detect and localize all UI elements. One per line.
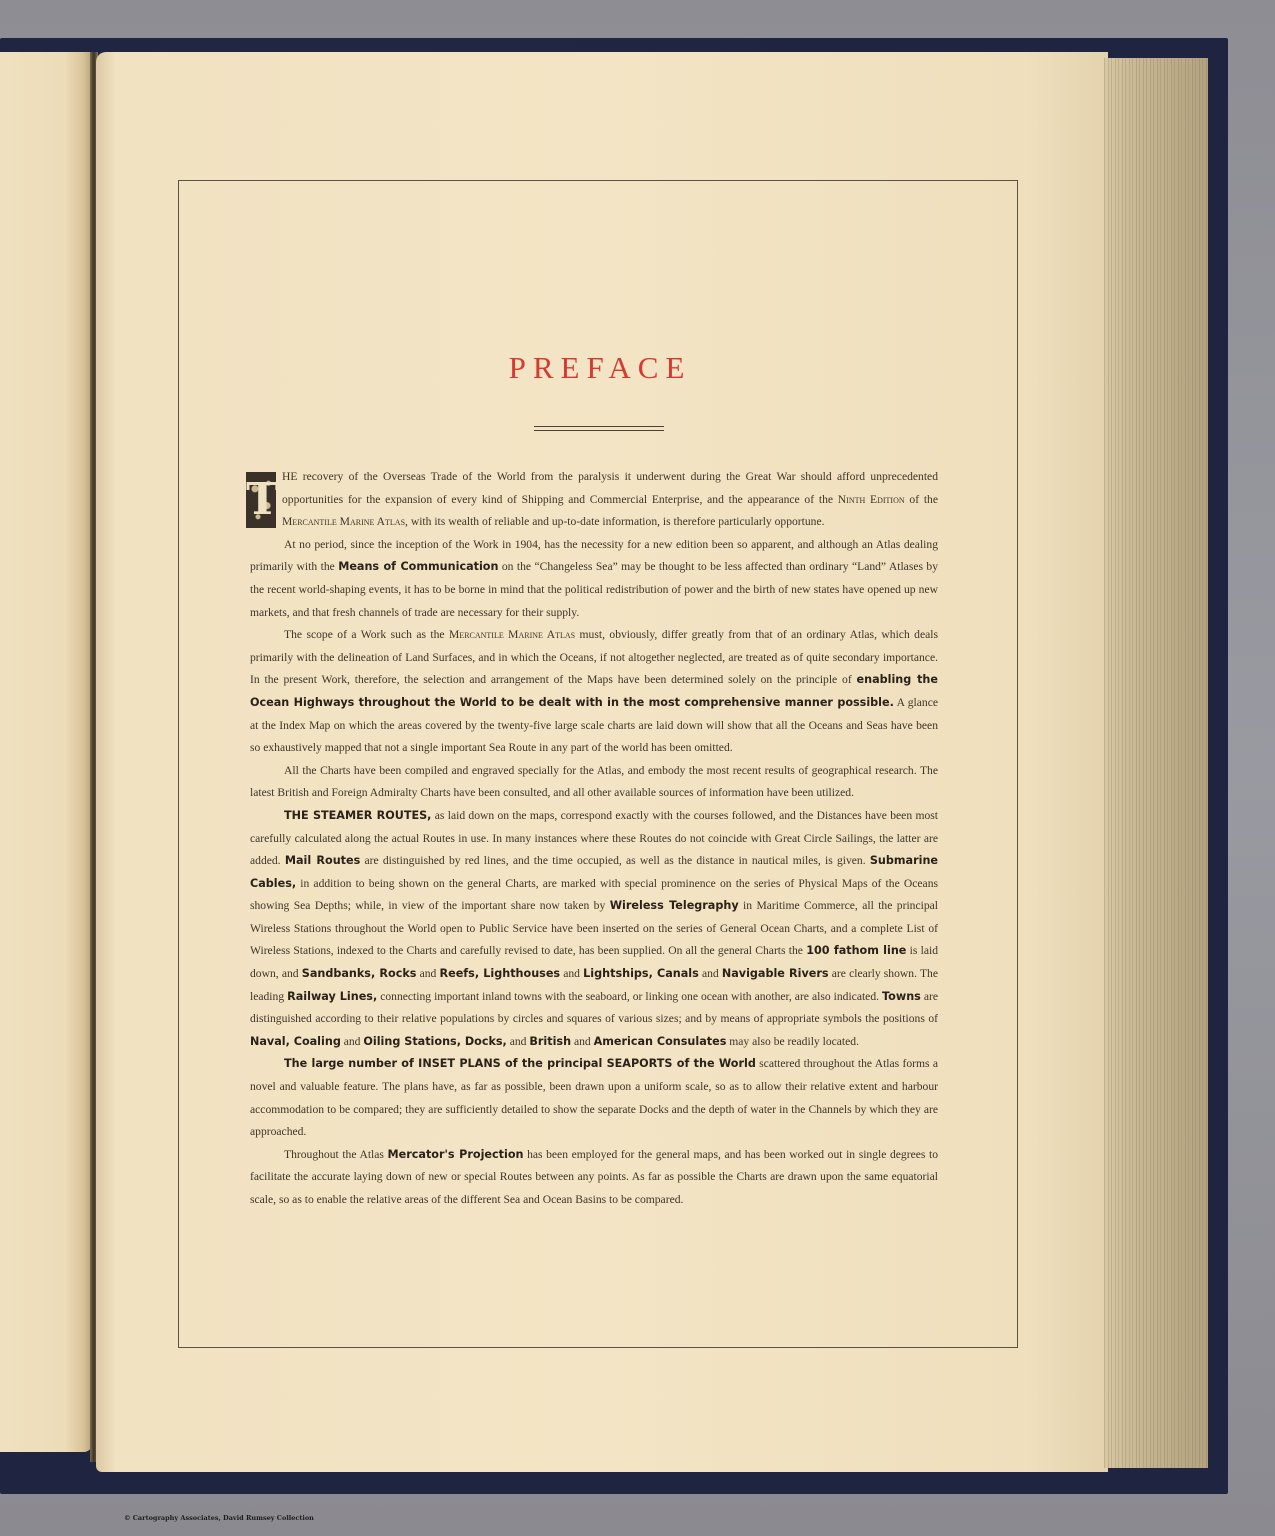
paragraph: The scope of a Work such as the Mercanti… [250, 624, 938, 760]
page-title: PREFACE [0, 350, 1200, 386]
emphasis-text: British [529, 1035, 571, 1048]
body-text: are distinguished by red lines, and the … [360, 854, 870, 867]
emphasis-text: Mail Routes [285, 854, 360, 867]
body-text: and [571, 1035, 594, 1048]
body-text: Throughout the Atlas [284, 1148, 388, 1161]
page-stack-edge [1104, 58, 1208, 1468]
left-page-edge [0, 52, 92, 1452]
emphasis-text: Mercator's Projection [388, 1148, 524, 1161]
emphasis-text: American Consulates [594, 1035, 727, 1048]
emphasis-text: Railway Lines, [287, 990, 377, 1003]
paragraph: At no period, since the inception of the… [250, 534, 938, 624]
small-caps-text: Mercantile Marine Atlas [282, 515, 405, 528]
ornamental-drop-cap: T [246, 472, 276, 528]
body-text: The scope of a Work such as the [284, 628, 449, 641]
emphasis-text: Lightships, Canals [583, 967, 699, 980]
emphasis-text: THE STEAMER ROUTES, [284, 809, 431, 822]
paragraph: T HE recovery of the Overseas Trade of t… [250, 466, 938, 534]
emphasis-text: Reefs, Lighthouses [440, 967, 561, 980]
body-text: All the Charts have been compiled and en… [250, 764, 938, 800]
body-text: , with its wealth of reliable and up-to-… [405, 515, 825, 528]
body-text: and [507, 1035, 530, 1048]
emphasis-text: 100 fathom line [806, 944, 906, 957]
emphasis-text: Oiling Stations, Docks, [363, 1035, 506, 1048]
title-text: PREFACE [509, 350, 692, 386]
body-text: connecting important inland towns with t… [377, 990, 882, 1003]
emphasis-text: Wireless Telegraphy [610, 899, 739, 912]
body-text: and [560, 967, 583, 980]
body-text: may also be readily located. [726, 1035, 859, 1048]
paragraph: All the Charts have been compiled and en… [250, 760, 938, 805]
body-text: and [699, 967, 722, 980]
body-text: of the [905, 493, 938, 506]
emphasis-text: Sandbanks, Rocks [302, 967, 417, 980]
emphasis-text: Navigable Rivers [722, 967, 829, 980]
emphasis-text: Means of Communication [338, 560, 498, 573]
small-caps-text: Ninth Edition [838, 493, 905, 506]
emphasis-text: Towns [882, 990, 921, 1003]
paragraph: THE STEAMER ROUTES, as laid down on the … [250, 805, 938, 1054]
paragraph: The large number of INSET PLANS of the p… [250, 1053, 938, 1143]
body-text: and [341, 1035, 364, 1048]
emphasis-text: Naval, Coaling [250, 1035, 341, 1048]
image-credit: © Cartography Associates, David Rumsey C… [124, 1514, 314, 1522]
title-double-rule [534, 426, 664, 431]
emphasis-text: The large number of INSET PLANS of the p… [284, 1057, 756, 1070]
preface-body: T HE recovery of the Overseas Trade of t… [250, 466, 938, 1212]
small-caps-text: Mercantile Marine Atlas [449, 628, 575, 641]
body-text: and [416, 967, 439, 980]
paragraph: Throughout the Atlas Mercator's Projecti… [250, 1144, 938, 1212]
